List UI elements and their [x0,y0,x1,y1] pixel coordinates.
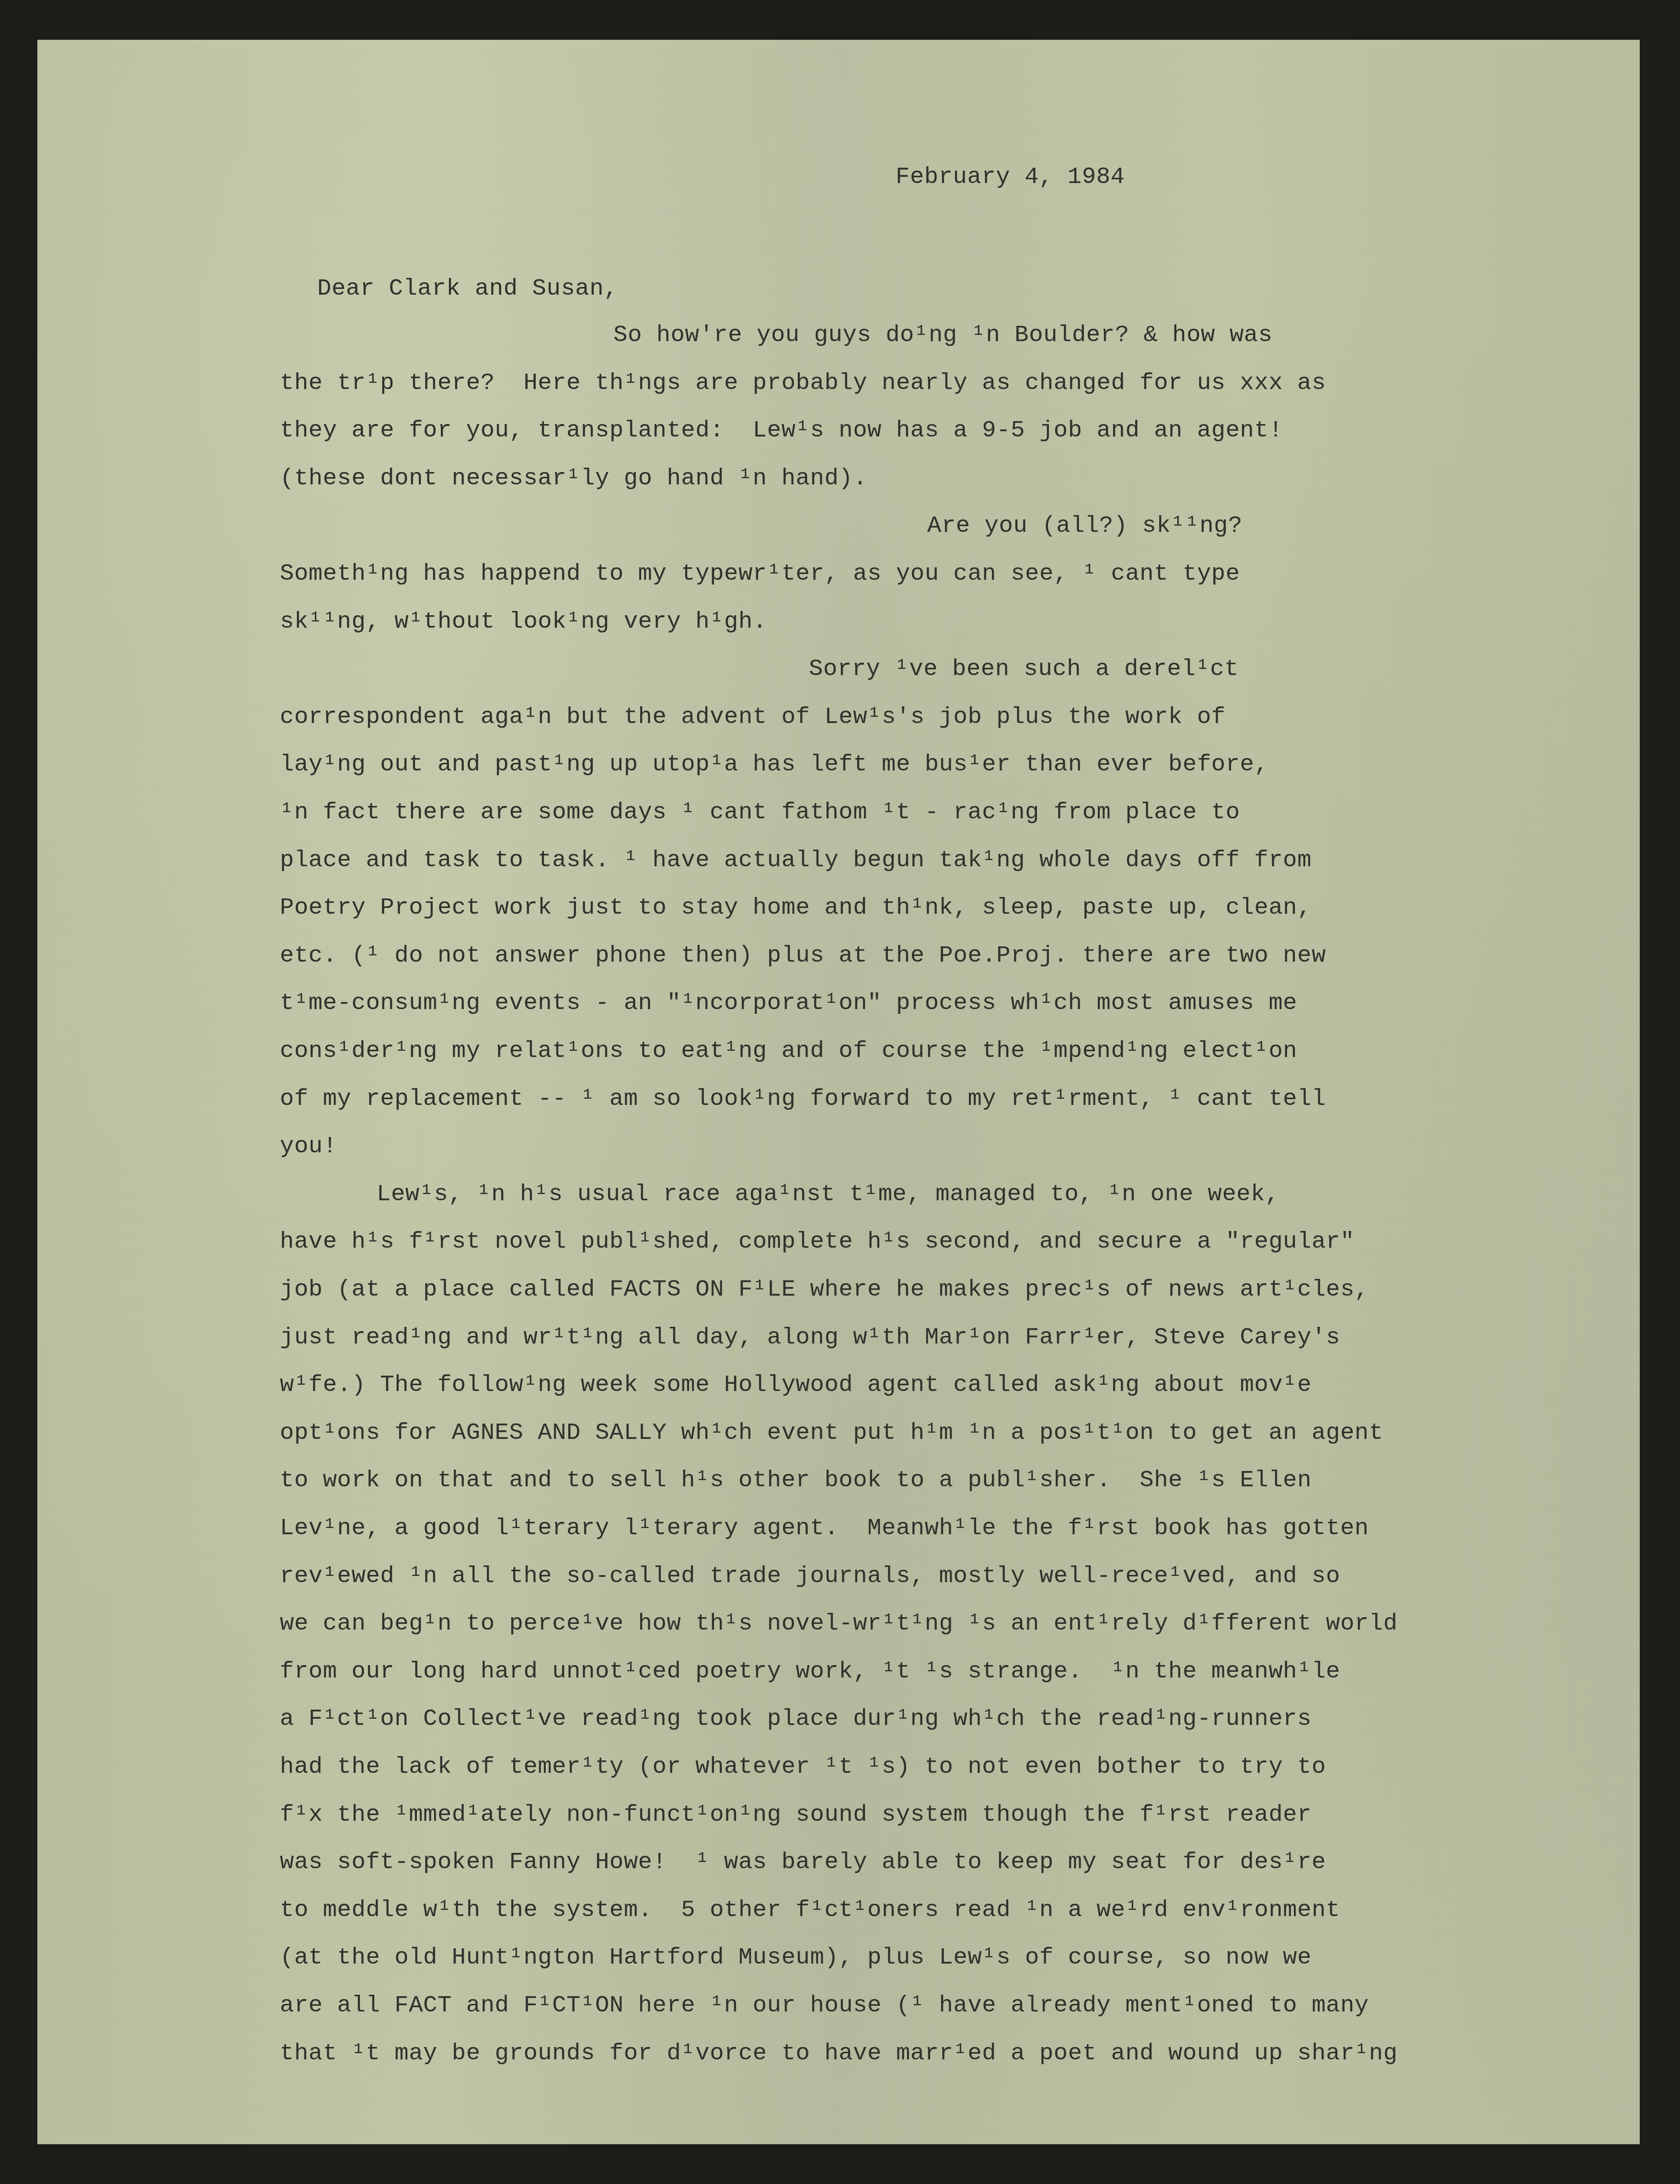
letter-line: the tr¹p there? Here th¹ngs are probably… [280,371,1326,395]
letter-line: a F¹ct¹on Collect¹ve read¹ng took place … [280,1707,1312,1731]
letter-line: we can beg¹n to perce¹ve how th¹s novel-… [280,1612,1398,1635]
letter-line: they are for you, transplanted: Lew¹s no… [280,419,1283,442]
letter-line: cons¹der¹ng my relat¹ons to eat¹ng and o… [280,1039,1297,1063]
letter-line: job (at a place called FACTS ON F¹LE whe… [280,1278,1369,1301]
letter-line: to meddle w¹th the system. 5 other f¹ct¹… [280,1898,1340,1922]
letter-line: Someth¹ng has happend to my typewr¹ter, … [280,562,1240,586]
letter-date: February 4, 1984 [896,165,1125,189]
letter-page: February 4, 1984 Dear Clark and Susan, S… [37,40,1640,2144]
letter-line: you! [280,1135,337,1158]
letter-line: Poetry Project work just to stay home an… [280,896,1312,920]
letter-line: was soft-spoken Fanny Howe! ¹ was barely… [280,1851,1326,1874]
letter-line: (at the old Hunt¹ngton Hartford Museum),… [280,1946,1312,1969]
letter-line: to work on that and to sell h¹s other bo… [280,1469,1312,1492]
letter-line: that ¹t may be grounds for d¹vorce to ha… [280,2042,1398,2065]
letter-line: place and task to task. ¹ have actually … [280,849,1312,872]
letter-line: correspondent aga¹n but the advent of Le… [280,705,1226,729]
letter-line: are all FACT and F¹CT¹ON here ¹n our hou… [280,1994,1369,2017]
letter-line: have h¹s f¹rst novel publ¹shed, complete… [280,1230,1355,1253]
letter-line: w¹fe.) The follow¹ng week some Hollywood… [280,1373,1312,1397]
letter-line: just read¹ng and wr¹t¹ng all day, along … [280,1326,1340,1349]
letter-line: Are you (all?) sk¹¹ng? [927,514,1243,538]
letter-line: from our long hard unnot¹ced poetry work… [280,1660,1340,1683]
letter-salutation: Dear Clark and Susan, [317,277,618,300]
letter-line: Lew¹s, ¹n h¹s usual race aga¹nst t¹me, m… [377,1183,1279,1206]
letter-line: had the lack of temer¹ty (or whatever ¹t… [280,1755,1326,1779]
letter-line: Lev¹ne, a good l¹terary l¹terary agent. … [280,1517,1369,1540]
letter-line: sk¹¹ng, w¹thout look¹ng very h¹gh. [280,610,767,633]
letter-line: So how're you guys do¹ng ¹n Boulder? & h… [613,323,1273,347]
letter-line: ¹n fact there are some days ¹ cant fatho… [280,801,1240,824]
letter-line: of my replacement -- ¹ am so look¹ng for… [280,1087,1326,1111]
letter-line: Sorry ¹ve been such a derel¹ct [809,657,1239,681]
letter-line: etc. (¹ do not answer phone then) plus a… [280,944,1326,967]
letter-line: (these dont necessar¹ly go hand ¹n hand)… [280,467,867,490]
letter-line: opt¹ons for AGNES AND SALLY wh¹ch event … [280,1421,1383,1445]
letter-line: t¹me-consum¹ng events - an "¹ncorporat¹o… [280,991,1297,1015]
letter-line: lay¹ng out and past¹ng up utop¹a has lef… [280,753,1268,776]
letter-line: f¹x the ¹mmed¹ately non-funct¹on¹ng soun… [280,1803,1312,1827]
letter-line: rev¹ewed ¹n all the so-called trade jour… [280,1564,1340,1588]
letter-body: February 4, 1984 Dear Clark and Susan, S… [37,40,1640,2144]
